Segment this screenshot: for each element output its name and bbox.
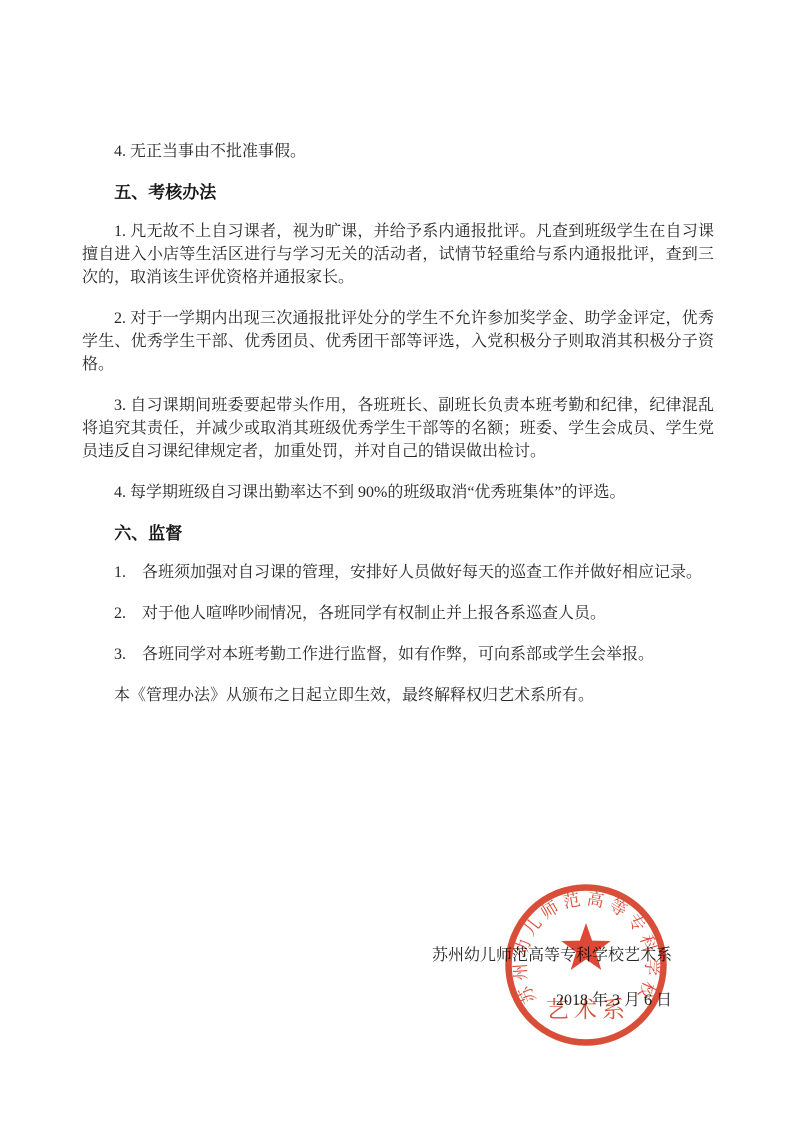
- supervision-paragraph-2: 2. 对于他人喧哗吵闹情况，各班同学有权制止并上报各系巡查人员。: [82, 602, 714, 625]
- closing-statement: 本《管理办法》从颁布之日起立即生效，最终解释权归艺术系所有。: [82, 684, 714, 707]
- section-heading-assessment: 五、考核办法: [82, 181, 714, 204]
- list-item-4: 4. 无正当事由不批准事假。: [82, 140, 714, 163]
- assessment-paragraph-2: 2. 对于一学期内出现三次通报批评处分的学生不允许参加奖学金、助学金评定，优秀学…: [82, 307, 714, 376]
- document-page: 4. 无正当事由不批准事假。 五、考核办法 1. 凡无故不上自习课者，视为旷课，…: [0, 0, 794, 1123]
- assessment-paragraph-4: 4. 每学期班级自习课出勤率达不到 90%的班级取消“优秀班集体”的评选。: [82, 481, 714, 504]
- signature-org: 苏州幼儿师范高等专科学校艺术系: [432, 944, 672, 967]
- signature-date: 2018 年 3 月 6 日: [432, 989, 672, 1012]
- document-content: 4. 无正当事由不批准事假。 五、考核办法 1. 凡无故不上自习课者，视为旷课，…: [82, 140, 714, 725]
- signature-block: 苏州幼儿师范高等专科学校艺术系 2018 年 3 月 6 日: [432, 944, 672, 1012]
- section-heading-supervision: 六、监督: [82, 522, 714, 545]
- supervision-paragraph-3: 3. 各班同学对本班考勤工作进行监督，如有作弊，可向系部或学生会举报。: [82, 643, 714, 666]
- supervision-paragraph-1: 1. 各班须加强对自习课的管理，安排好人员做好每天的巡查工作并做好相应记录。: [82, 561, 714, 584]
- assessment-paragraph-3: 3. 自习课期间班委要起带头作用，各班班长、副班长负责本班考勤和纪律，纪律混乱将…: [82, 394, 714, 463]
- assessment-paragraph-1: 1. 凡无故不上自习课者，视为旷课，并给予系内通报批评。凡查到班级学生在自习课擅…: [82, 220, 714, 289]
